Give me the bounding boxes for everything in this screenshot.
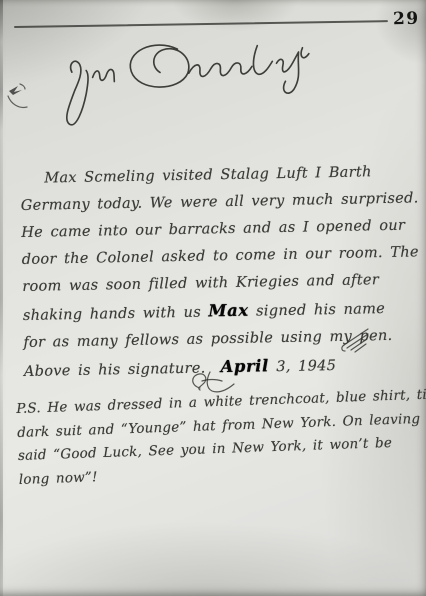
max-schmeling-signature-icon — [56, 30, 316, 129]
pen-flourish-mark — [336, 326, 370, 356]
header-rule — [14, 20, 388, 28]
line-segment: long now”! — [19, 469, 98, 488]
emphasized-word: Max — [208, 301, 249, 321]
line-segment: signed his name — [249, 301, 386, 320]
line-segment: shaking hands with us — [23, 304, 209, 324]
postscript: P.S. He was dressed in a white trenchcoa… — [16, 384, 423, 492]
binding-edge — [0, 0, 3, 596]
page-number: 29 — [393, 9, 420, 30]
line-segment: Max Scmeling visited Stalag Luft I Barth — [44, 164, 372, 186]
line-segment: door the Colonel asked to come in our ro… — [22, 244, 419, 268]
wartime-log-page: 29 Max Scmeling visited Stalag Luft I Ba… — [0, 0, 426, 596]
line-segment: 3, 1945 — [269, 358, 337, 375]
line-segment: He came into our barracks and as I opene… — [21, 218, 405, 241]
line-segment: room was soon filled with Kriegies and a… — [22, 272, 379, 295]
line-segment: Germany today. We were all very much sur… — [21, 190, 419, 214]
ink-blot-mark — [6, 82, 32, 112]
